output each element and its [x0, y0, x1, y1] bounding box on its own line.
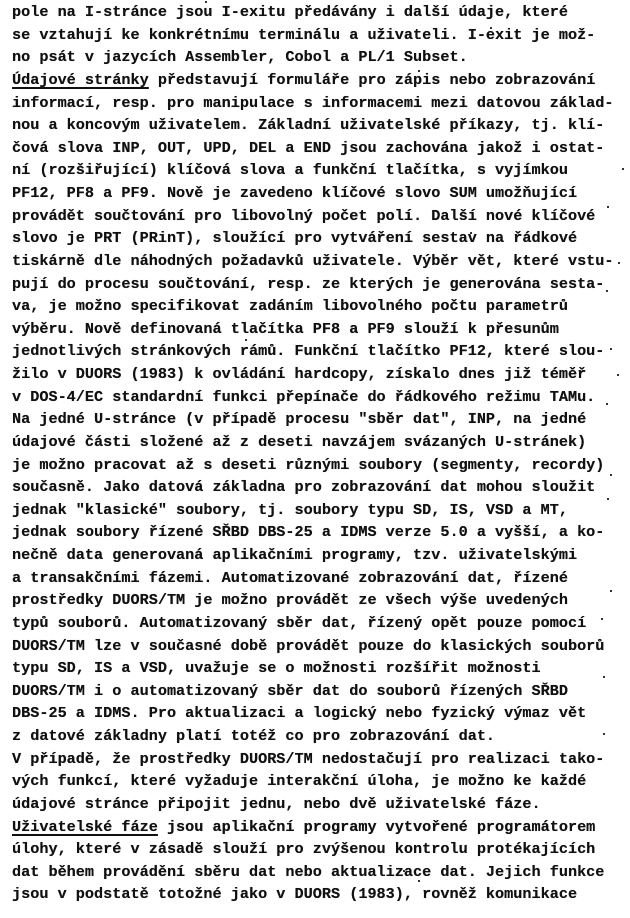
text-line: tiskárně dle náhodných požadavků uživate… — [12, 250, 627, 273]
body-text: jsou v podstatě totožné jako v DUORS (19… — [12, 885, 577, 903]
body-text: Na jedné U-stránce (v případě procesu "s… — [12, 410, 586, 428]
scan-speck — [603, 676, 605, 678]
text-line: jednotlivých stránkových rámů. Funkční t… — [12, 340, 627, 363]
body-text: jednak soubory řízené SŘBD DBS-25 a IDMS… — [12, 523, 604, 541]
scan-speck — [403, 870, 405, 872]
text-line: DUORS/TM lze v současné době provádět po… — [12, 635, 627, 658]
body-text: PF12, PF8 a PF9. Nově je zavedeno klíčov… — [12, 184, 577, 202]
text-line: ní (rozšiřující) klíčová slova a funkční… — [12, 159, 627, 182]
text-line: Na jedné U-stránce (v případě procesu "s… — [12, 408, 627, 431]
text-line: typu SD, IS a VSD, uvažuje se o možnosti… — [12, 657, 627, 680]
body-text: provádět součtování pro libovolný počet … — [12, 207, 595, 225]
scan-speck — [418, 880, 420, 882]
text-line: nou a koncovým uživatelem. Základní uživ… — [12, 114, 627, 137]
text-line: žilo v DUORS (1983) k ovládání hardcopy,… — [12, 363, 627, 386]
scan-speck — [601, 618, 603, 620]
text-line: údajové stránce připojit jednu, nebo dvě… — [12, 793, 627, 816]
text-line: jednak "klasické" soubory, tj. soubory t… — [12, 499, 627, 522]
scan-speck — [606, 290, 608, 292]
body-text: údajové stránce připojit jednu, nebo dvě… — [12, 795, 541, 813]
body-text: nečně data generovaná aplikačními progra… — [12, 546, 577, 564]
body-text: údajové části složené až z deseti navzáj… — [12, 433, 586, 451]
scan-speck — [470, 232, 472, 234]
text-line: typů souborů. Automatizovaný sběr dat, ř… — [12, 612, 627, 635]
scan-speck — [622, 168, 624, 170]
body-text: v DOS-4/EC standardní funkci přepínače d… — [12, 388, 595, 406]
body-text: ní (rozšiřující) klíčová slova a funkční… — [12, 161, 568, 179]
body-text: V případě, že prostředky DUORS/TM nedost… — [12, 750, 604, 768]
text-line: dat během provádění sběru dat nebo aktua… — [12, 861, 627, 884]
text-line: pole na I-stránce jsou I-exitu předávány… — [12, 1, 627, 24]
body-text: DUORS/TM i o automatizovaný sběr dat do … — [12, 682, 568, 700]
body-text: typu SD, IS a VSD, uvažuje se o možnosti… — [12, 659, 541, 677]
text-line: Uživatelské fáze jsou aplikační programy… — [12, 816, 627, 839]
document-page: pole na I-stránce jsou I-exitu předávány… — [12, 0, 627, 906]
text-line: informací, resp. pro manipulace s inform… — [12, 92, 627, 115]
text-line: Údajové stránky představují formuláře pr… — [12, 69, 627, 92]
body-text: DUORS/TM lze v současné době provádět po… — [12, 637, 604, 655]
scan-speck — [610, 590, 612, 592]
text-line: údajové části složené až z deseti navzáj… — [12, 431, 627, 454]
body-text: výběru. Nově definovaná tlačítka PF8 a P… — [12, 320, 559, 338]
text-line: PF12, PF8 a PF9. Nově je zavedeno klíčov… — [12, 182, 627, 205]
body-text: jsou aplikační programy vytvořené progra… — [158, 818, 595, 836]
text-line: no psát v jazycích Assembler, Cobol a PL… — [12, 46, 627, 69]
text-line: se vztahují ke konkrétnímu terminálu a u… — [12, 24, 627, 47]
text-line: a transakčními fázemi. Automatizované zo… — [12, 567, 627, 590]
body-text: prostředky DUORS/TM je možno provádět ze… — [12, 591, 568, 609]
body-text: nou a koncovým uživatelem. Základní uživ… — [12, 116, 604, 134]
body-text: pole na I-stránce jsou I-exitu předávány… — [12, 3, 568, 21]
body-text: va, je možno specifikovat zadáním libovo… — [12, 297, 568, 315]
section-heading: Údajové stránky — [12, 71, 149, 89]
body-text: jednak "klasické" soubory, tj. soubory t… — [12, 501, 568, 519]
text-line: provádět součtování pro libovolný počet … — [12, 205, 627, 228]
text-line: pují do procesu součtování, resp. ze kte… — [12, 273, 627, 296]
body-text: tiskárně dle náhodných požadavků uživate… — [12, 252, 614, 270]
text-line: va, je možno specifikovat zadáním libovo… — [12, 295, 627, 318]
text-line: vých funkcí, které vyžaduje interakční ú… — [12, 770, 627, 793]
text-line: slovo je PRT (PRinT), sloužící pro vytvá… — [12, 227, 627, 250]
text-line: DBS-25 a IDMS. Pro aktualizaci a logický… — [12, 702, 627, 725]
text-line: DUORS/TM i o automatizovaný sběr dat do … — [12, 680, 627, 703]
body-text: současně. Jako datová základna pro zobra… — [12, 478, 595, 496]
body-text: úlohy, které v zásadě slouží pro zvýšeno… — [12, 840, 595, 858]
text-line: jednak soubory řízené SŘBD DBS-25 a IDMS… — [12, 521, 627, 544]
text-line: jsou v podstatě totožné jako v DUORS (19… — [12, 883, 627, 906]
text-line: V případě, že prostředky DUORS/TM nedost… — [12, 748, 627, 771]
body-text: se vztahují ke konkrétnímu terminálu a u… — [12, 26, 595, 44]
body-text: je možno pracovat až s deseti různými so… — [12, 456, 604, 474]
body-text: a transakčními fázemi. Automatizované zo… — [12, 569, 568, 587]
section-heading: Uživatelské fáze — [12, 818, 158, 836]
scan-speck — [607, 206, 609, 208]
text-line: v DOS-4/EC standardní funkci přepínače d… — [12, 386, 627, 409]
text-line: výběru. Nově definovaná tlačítka PF8 a P… — [12, 318, 627, 341]
body-text: představují formuláře pro zápis nebo zob… — [149, 71, 596, 89]
text-line: čová slova INP, OUT, UPD, DEL a END jsou… — [12, 137, 627, 160]
scan-speck — [418, 70, 420, 72]
text-line: prostředky DUORS/TM je možno provádět ze… — [12, 589, 627, 612]
text-line: současně. Jako datová základna pro zobra… — [12, 476, 627, 499]
scan-speck — [603, 733, 605, 735]
body-text: vých funkcí, které vyžaduje interakční ú… — [12, 772, 586, 790]
body-text: pují do procesu součtování, resp. ze kte… — [12, 275, 604, 293]
text-line: z datové základny platí totéž co pro zob… — [12, 725, 627, 748]
body-text: žilo v DUORS (1983) k ovládání hardcopy,… — [12, 365, 586, 383]
scan-speck — [610, 348, 612, 350]
body-text: DBS-25 a IDMS. Pro aktualizaci a logický… — [12, 704, 586, 722]
scan-speck — [610, 474, 612, 476]
body-text: z datové základny platí totéž co pro zob… — [12, 727, 495, 745]
text-line: je možno pracovat až s deseti různými so… — [12, 454, 627, 477]
scan-speck — [205, 1, 207, 3]
body-text: no psát v jazycích Assembler, Cobol a PL… — [12, 48, 468, 66]
scan-speck — [245, 339, 247, 341]
scan-speck — [618, 262, 620, 264]
body-text: čová slova INP, OUT, UPD, DEL a END jsou… — [12, 139, 604, 157]
body-text: informací, resp. pro manipulace s inform… — [12, 94, 614, 112]
scan-speck — [606, 403, 608, 405]
body-text: typů souborů. Automatizovaný sběr dat, ř… — [12, 614, 586, 632]
scan-speck — [607, 498, 609, 500]
body-text: slovo je PRT (PRinT), sloužící pro vytvá… — [12, 229, 577, 247]
scan-speck — [490, 27, 492, 29]
body-text: jednotlivých stránkových rámů. Funkční t… — [12, 342, 604, 360]
scan-speck — [617, 374, 619, 376]
text-line: nečně data generovaná aplikačními progra… — [12, 544, 627, 567]
text-line: úlohy, které v zásadě slouží pro zvýšeno… — [12, 838, 627, 861]
body-text: dat během provádění sběru dat nebo aktua… — [12, 863, 604, 881]
